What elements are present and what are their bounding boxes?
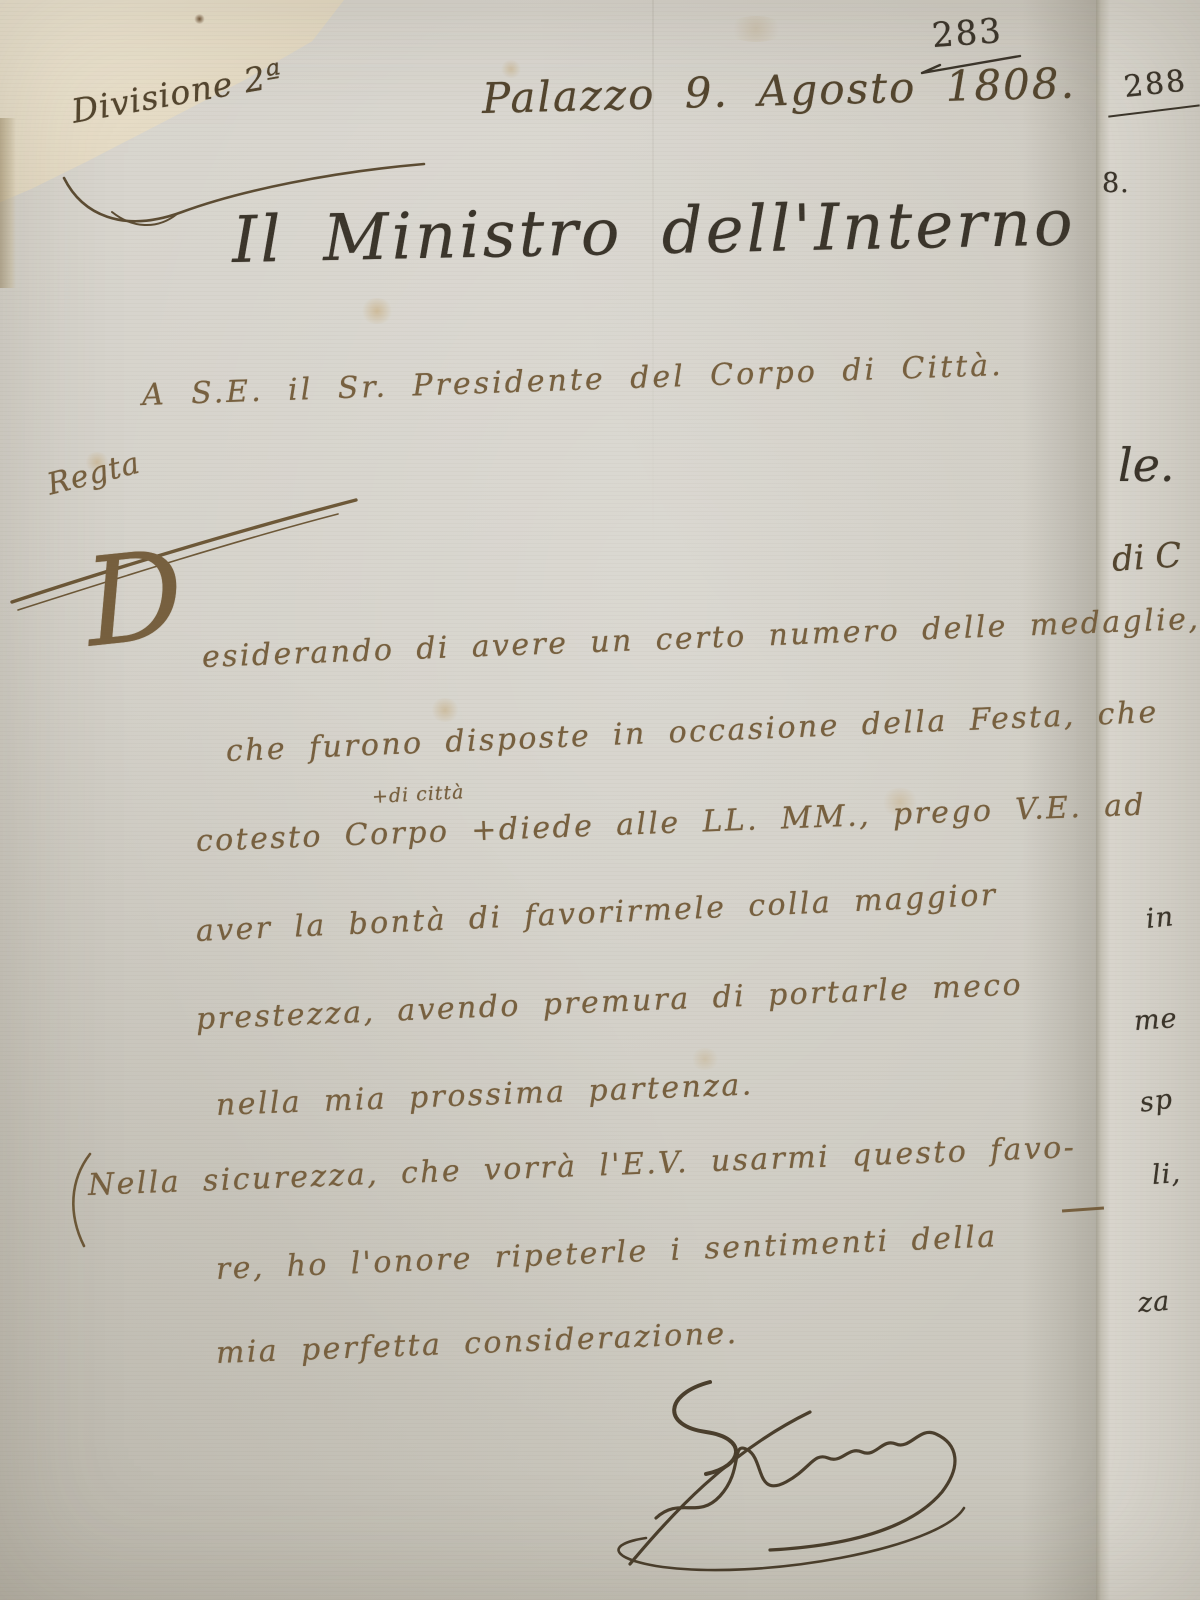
adjacent-fragment: le. — [1118, 438, 1175, 492]
adjacent-fragment: di C — [1111, 535, 1183, 580]
body-line-3: cotesto Corpo +diede alle LL. MM., prego… — [195, 788, 1146, 859]
adjacent-fragment: za — [1137, 1286, 1171, 1319]
adjacent-fragment: li, — [1151, 1158, 1182, 1191]
fox-spot — [430, 698, 460, 722]
body-line-7: Nella sicurezza, che vorrà l'E.V. usarmi… — [87, 1130, 1076, 1203]
adjacent-fragment: in — [1144, 901, 1175, 935]
signature — [560, 1368, 1020, 1598]
adjacent-fragment: me — [1133, 1003, 1179, 1037]
margin-note-flourish — [8, 470, 368, 620]
manuscript-photo: 283 Divisione 2ª Palazzo 9. Agosto 1808.… — [0, 0, 1200, 1600]
paragraph-mark — [58, 1148, 102, 1252]
drop-cap: D — [81, 546, 188, 653]
adjacent-fragment: sp — [1138, 1084, 1175, 1119]
body-line-8: re, ho l'onore ripeterle i sentimenti de… — [215, 1219, 998, 1287]
body-line-5: prestezza, avendo premura di portarle me… — [195, 967, 1023, 1037]
left-paper-edge — [0, 118, 16, 288]
fox-spot — [726, 16, 786, 42]
interline-insertion: +di città — [371, 781, 465, 808]
addressee-line: A S.E. il Sr. Presidente del Corpo di Ci… — [141, 348, 1004, 413]
body-line-2: che furono disposte in occasione della F… — [225, 695, 1159, 769]
dateline: Palazzo 9. Agosto 1808. — [481, 58, 1076, 123]
body-line-4: aver la bontà di favorirmele colla maggi… — [195, 878, 998, 949]
fox-spot — [690, 1048, 720, 1070]
body-line-9: mia perfetta considerazione. — [215, 1316, 739, 1371]
adjacent-fragment: 8. — [1102, 168, 1130, 199]
adjacent-folio-number: 288 — [1122, 63, 1189, 104]
body-line-6: nella mia prossima partenza. — [215, 1067, 754, 1123]
fox-spot — [360, 298, 394, 324]
